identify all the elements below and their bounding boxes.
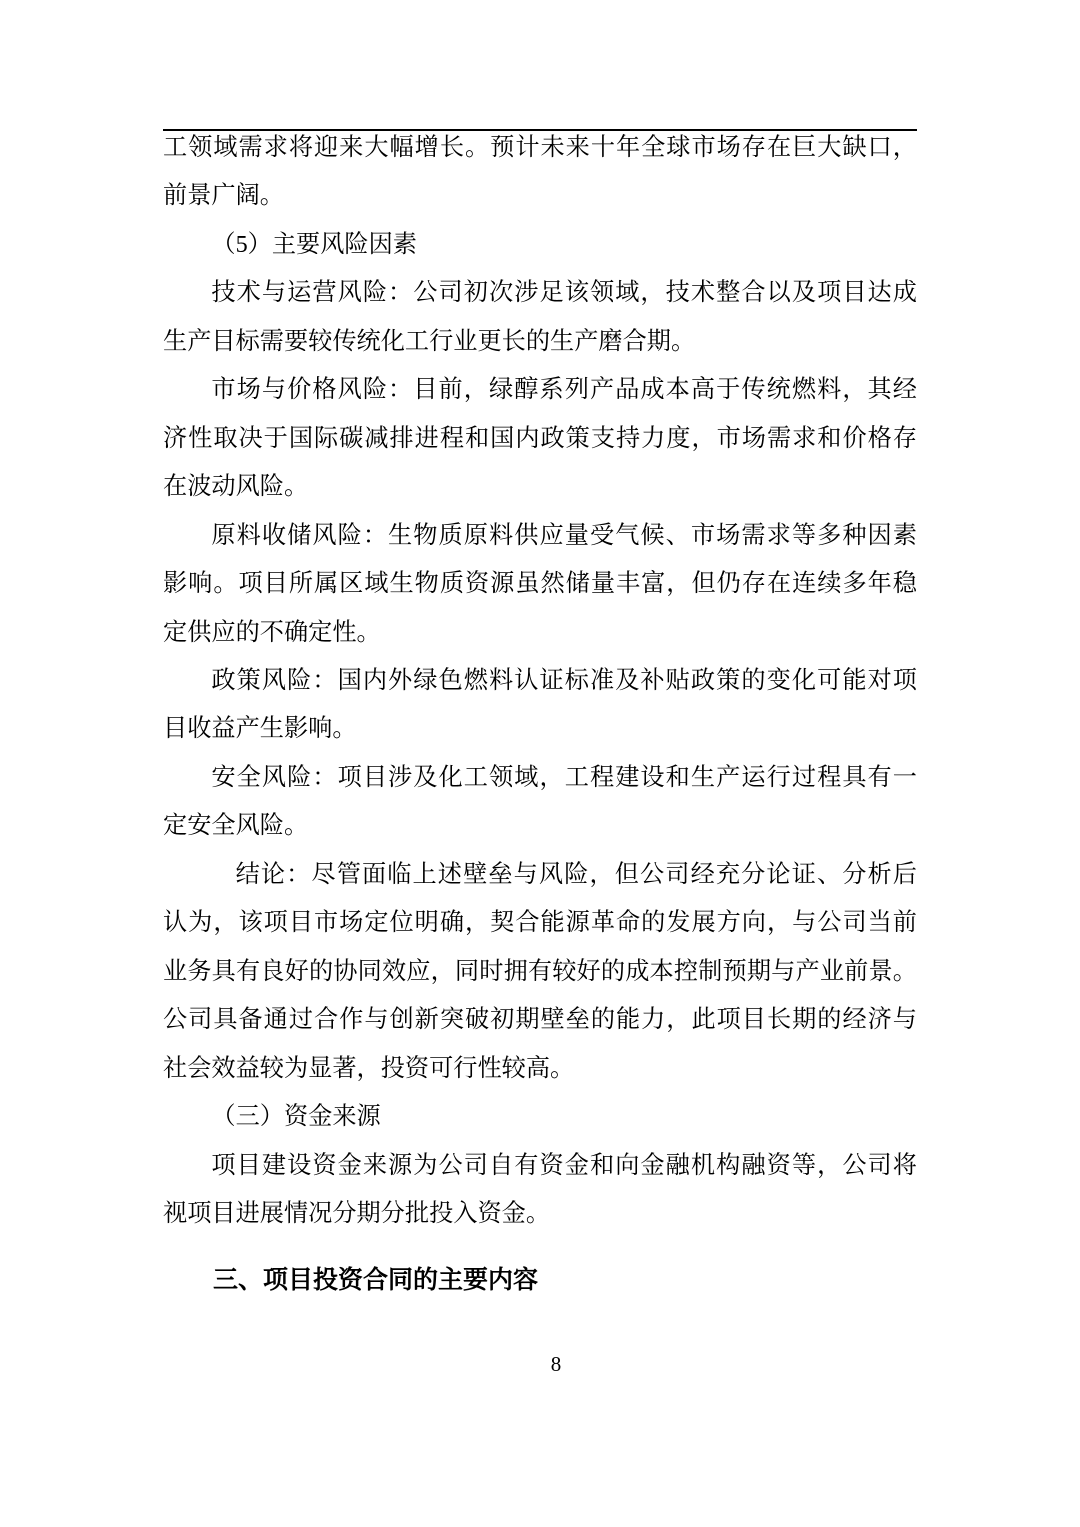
text-line: 认为，该项目市场定位明确，契合能源革命的发展方向，与公司当前 [163, 899, 917, 947]
text-line: 社会效益较为显著，投资可行性较高。 [163, 1045, 917, 1093]
document-page: 工领域需求将迎来大幅增长。预计未来十年全球市场存在巨大缺口，前景广阔。（5）主要… [0, 0, 1080, 1527]
text-line: 技术与运营风险：公司初次涉足该领域，技术整合以及项目达成 [163, 269, 917, 317]
text-line: （三）资金来源 [163, 1093, 917, 1141]
text-line: 原料收储风险：生物质原料供应量受气候、市场需求等多种因素 [163, 512, 917, 560]
text-line: 视项目进展情况分期分批投入资金。 [163, 1190, 917, 1238]
section-heading-line: 三、项目投资合同的主要内容 [163, 1256, 917, 1304]
text-line: 生产目标需要较传统化工行业更长的生产磨合期。 [163, 318, 917, 366]
text-line: 定供应的不确定性。 [163, 609, 917, 657]
text-line: 目收益产生影响。 [163, 705, 917, 753]
text-line: 影响。项目所属区域生物质资源虽然储量丰富，但仍存在连续多年稳 [163, 560, 917, 608]
text-line: 公司具备通过合作与创新突破初期壁垒的能力，此项目长期的经济与 [163, 996, 917, 1044]
text-line: 济性取决于国际碳减排进程和国内政策支持力度，市场需求和价格存 [163, 415, 917, 463]
page-number: 8 [163, 1352, 949, 1376]
text-line: 业务具有良好的协同效应，同时拥有较好的成本控制预期与产业前景。 [163, 948, 917, 996]
text-line: 前景广阔。 [163, 172, 917, 220]
text-line: 在波动风险。 [163, 463, 917, 511]
text-line: 政策风险：国内外绿色燃料认证标准及补贴政策的变化可能对项 [163, 657, 917, 705]
text-line: 市场与价格风险：目前，绿醇系列产品成本高于传统燃料，其经 [163, 366, 917, 414]
text-line: 项目建设资金来源为公司自有资金和向金融机构融资等，公司将 [163, 1142, 917, 1190]
text-line: （5）主要风险因素 [163, 221, 917, 269]
text-line: 结论：尽管面临上述壁垒与风险，但公司经充分论证、分析后 [163, 851, 917, 899]
document-body: 工领域需求将迎来大幅增长。预计未来十年全球市场存在巨大缺口，前景广阔。（5）主要… [163, 124, 917, 1305]
text-line: 工领域需求将迎来大幅增长。预计未来十年全球市场存在巨大缺口， [163, 124, 917, 172]
text-line: 定安全风险。 [163, 802, 917, 850]
text-line: 安全风险：项目涉及化工领域，工程建设和生产运行过程具有一 [163, 754, 917, 802]
